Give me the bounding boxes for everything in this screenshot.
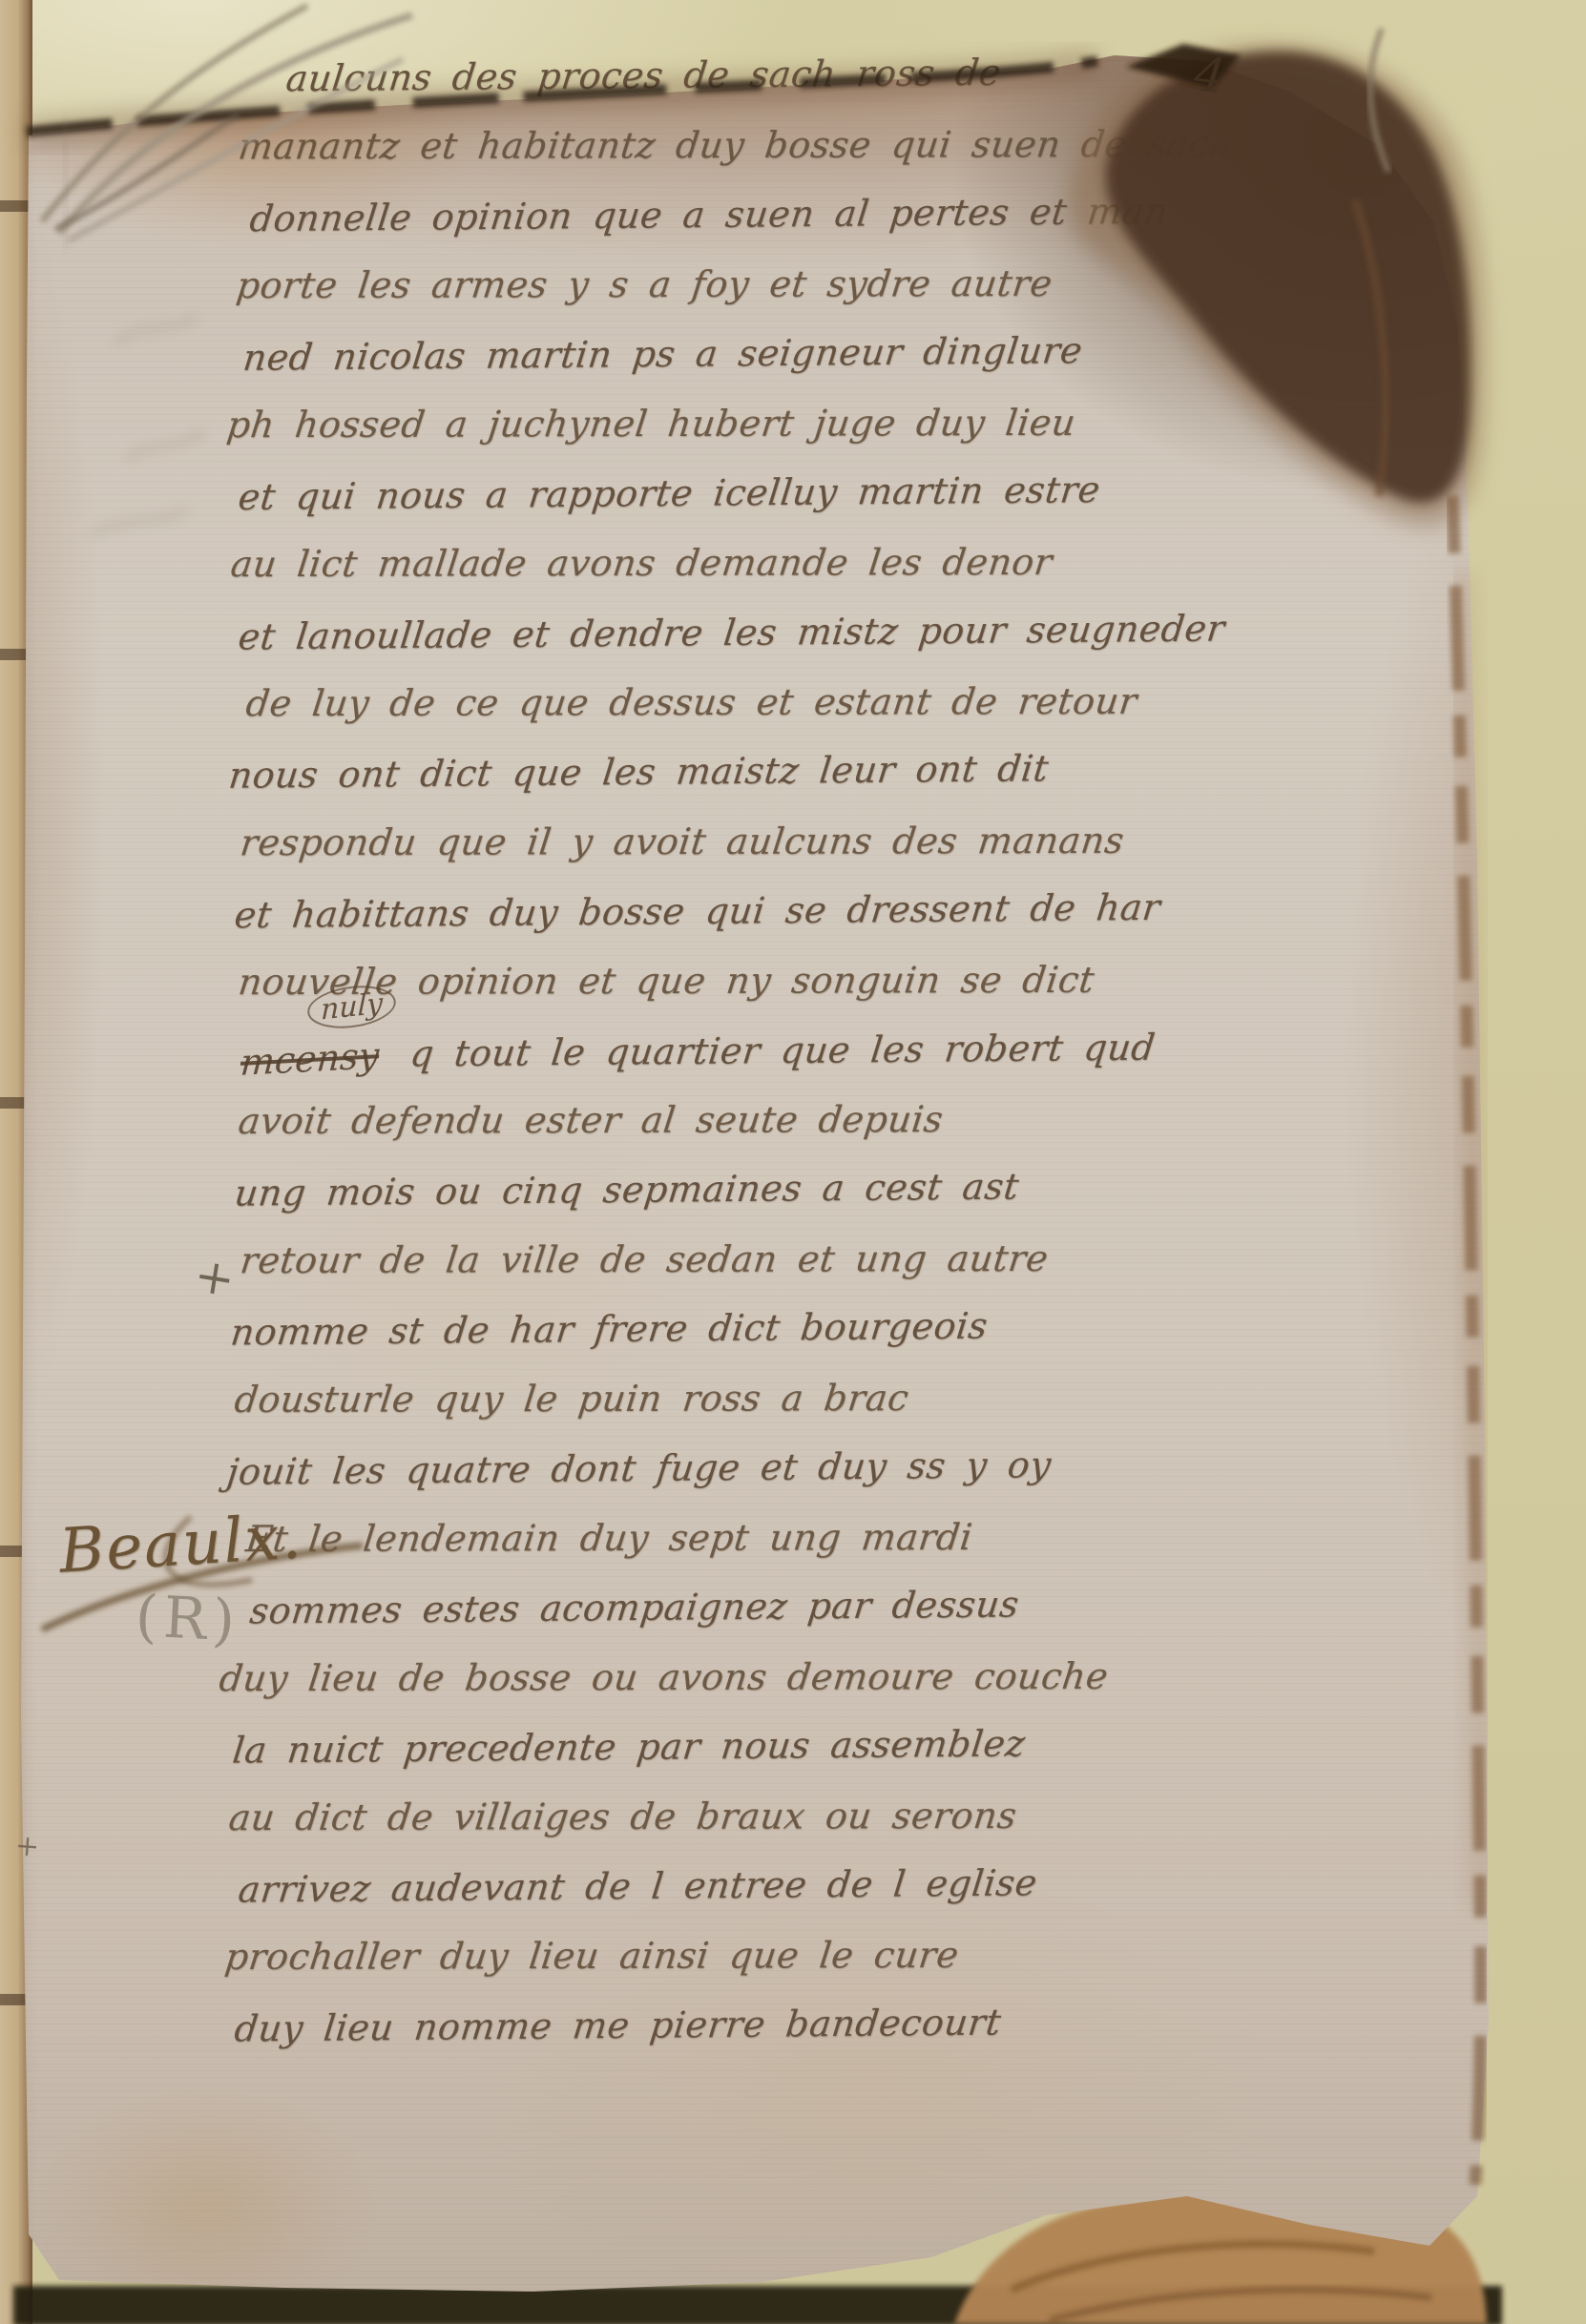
manuscript-line-4: porte les armes y s a foy et sydre autre xyxy=(235,265,1054,303)
manuscript-line-10: de luy de ce que dessus et estant de ret… xyxy=(244,683,1139,721)
manuscript-line-20: dousturle quy le puin ross a brac xyxy=(233,1380,911,1418)
manuscript-line-22: Et le lendemain duy sept ung mardi xyxy=(244,1519,974,1557)
manuscript-line-3: donnelle opinion que a suen al pertes et… xyxy=(248,193,1171,237)
manuscript-line-28: prochaller duy lieu ainsi que le cure xyxy=(223,1937,961,1975)
margin-cross-mark-upper: + xyxy=(191,1247,239,1308)
manuscript-line-18: retour de la ville de sedan et ung autre xyxy=(239,1240,1051,1278)
manuscript-line-29: duy lieu nomme me pierre bandecourt xyxy=(233,2003,1003,2046)
folio-number: 4 xyxy=(1192,46,1229,104)
manuscript-line-5: ned nicolas martin ps a seigneur dinglur… xyxy=(241,332,1085,376)
margin-annotation-ink: Beaulx. xyxy=(57,1502,304,1587)
manuscript-line-25: la nuict precedente par nous assemblez xyxy=(231,1725,1028,1768)
manuscript-line-13: et habittans duy bosse qui se dressent d… xyxy=(233,889,1162,934)
struck-out-word: mcensy xyxy=(240,1034,381,1084)
manuscript-line-9: et lanoullade et dendre les mistz pour s… xyxy=(237,610,1227,654)
manuscript-line-23: sommes estes acompaignez par dessus xyxy=(248,1586,1021,1629)
manuscript-line-12: respondu que il y avoit aulcuns des mana… xyxy=(239,822,1126,861)
manuscript-line-8: au lict mallade avons demande les denor xyxy=(229,544,1054,582)
manuscript-line-17: ung mois ou cinq sepmaines a cest ast xyxy=(233,1168,1021,1211)
manuscript-line-6: ph hossed a juchynel hubert juge duy lie… xyxy=(225,405,1078,443)
manuscript-line-26: au dict de villaiges de braux ou serons xyxy=(227,1797,1019,1836)
manuscript-line-7: et qui nous a rapporte icelluy martin es… xyxy=(237,471,1102,515)
manuscript-line-19: nomme st de har frere dict bourgeois xyxy=(229,1308,990,1351)
manuscript-line-2: manantz et habitantz duy bosse qui suen … xyxy=(237,126,1236,165)
manuscript-line-27: arrivez audevant de l entree de l eglise xyxy=(237,1864,1039,1907)
margin-annotation-pencil: (R) xyxy=(134,1583,242,1655)
manuscript-line-11: nous ont dict que les maistz leur ont di… xyxy=(227,750,1051,794)
text-block: aulcuns des proces de sach ross demanant… xyxy=(0,0,1586,2324)
manuscript-line-24: duy lieu de bosse ou avons demoure couch… xyxy=(218,1658,1111,1696)
manuscript-photo: aulcuns des proces de sach ross demanant… xyxy=(0,0,1586,2324)
manuscript-line-16: avoit defendu ester al seute depuis xyxy=(237,1101,946,1139)
manuscript-line-21: jouit les quatre dont fuge et duy ss y o… xyxy=(225,1446,1054,1490)
margin-cross-mark-lower: + xyxy=(14,1829,41,1864)
manuscript-line-15: q tout le quartier que les robert qud xyxy=(408,1029,1158,1072)
manuscript-line-1: aulcuns des proces de sach ross de xyxy=(284,54,1003,97)
